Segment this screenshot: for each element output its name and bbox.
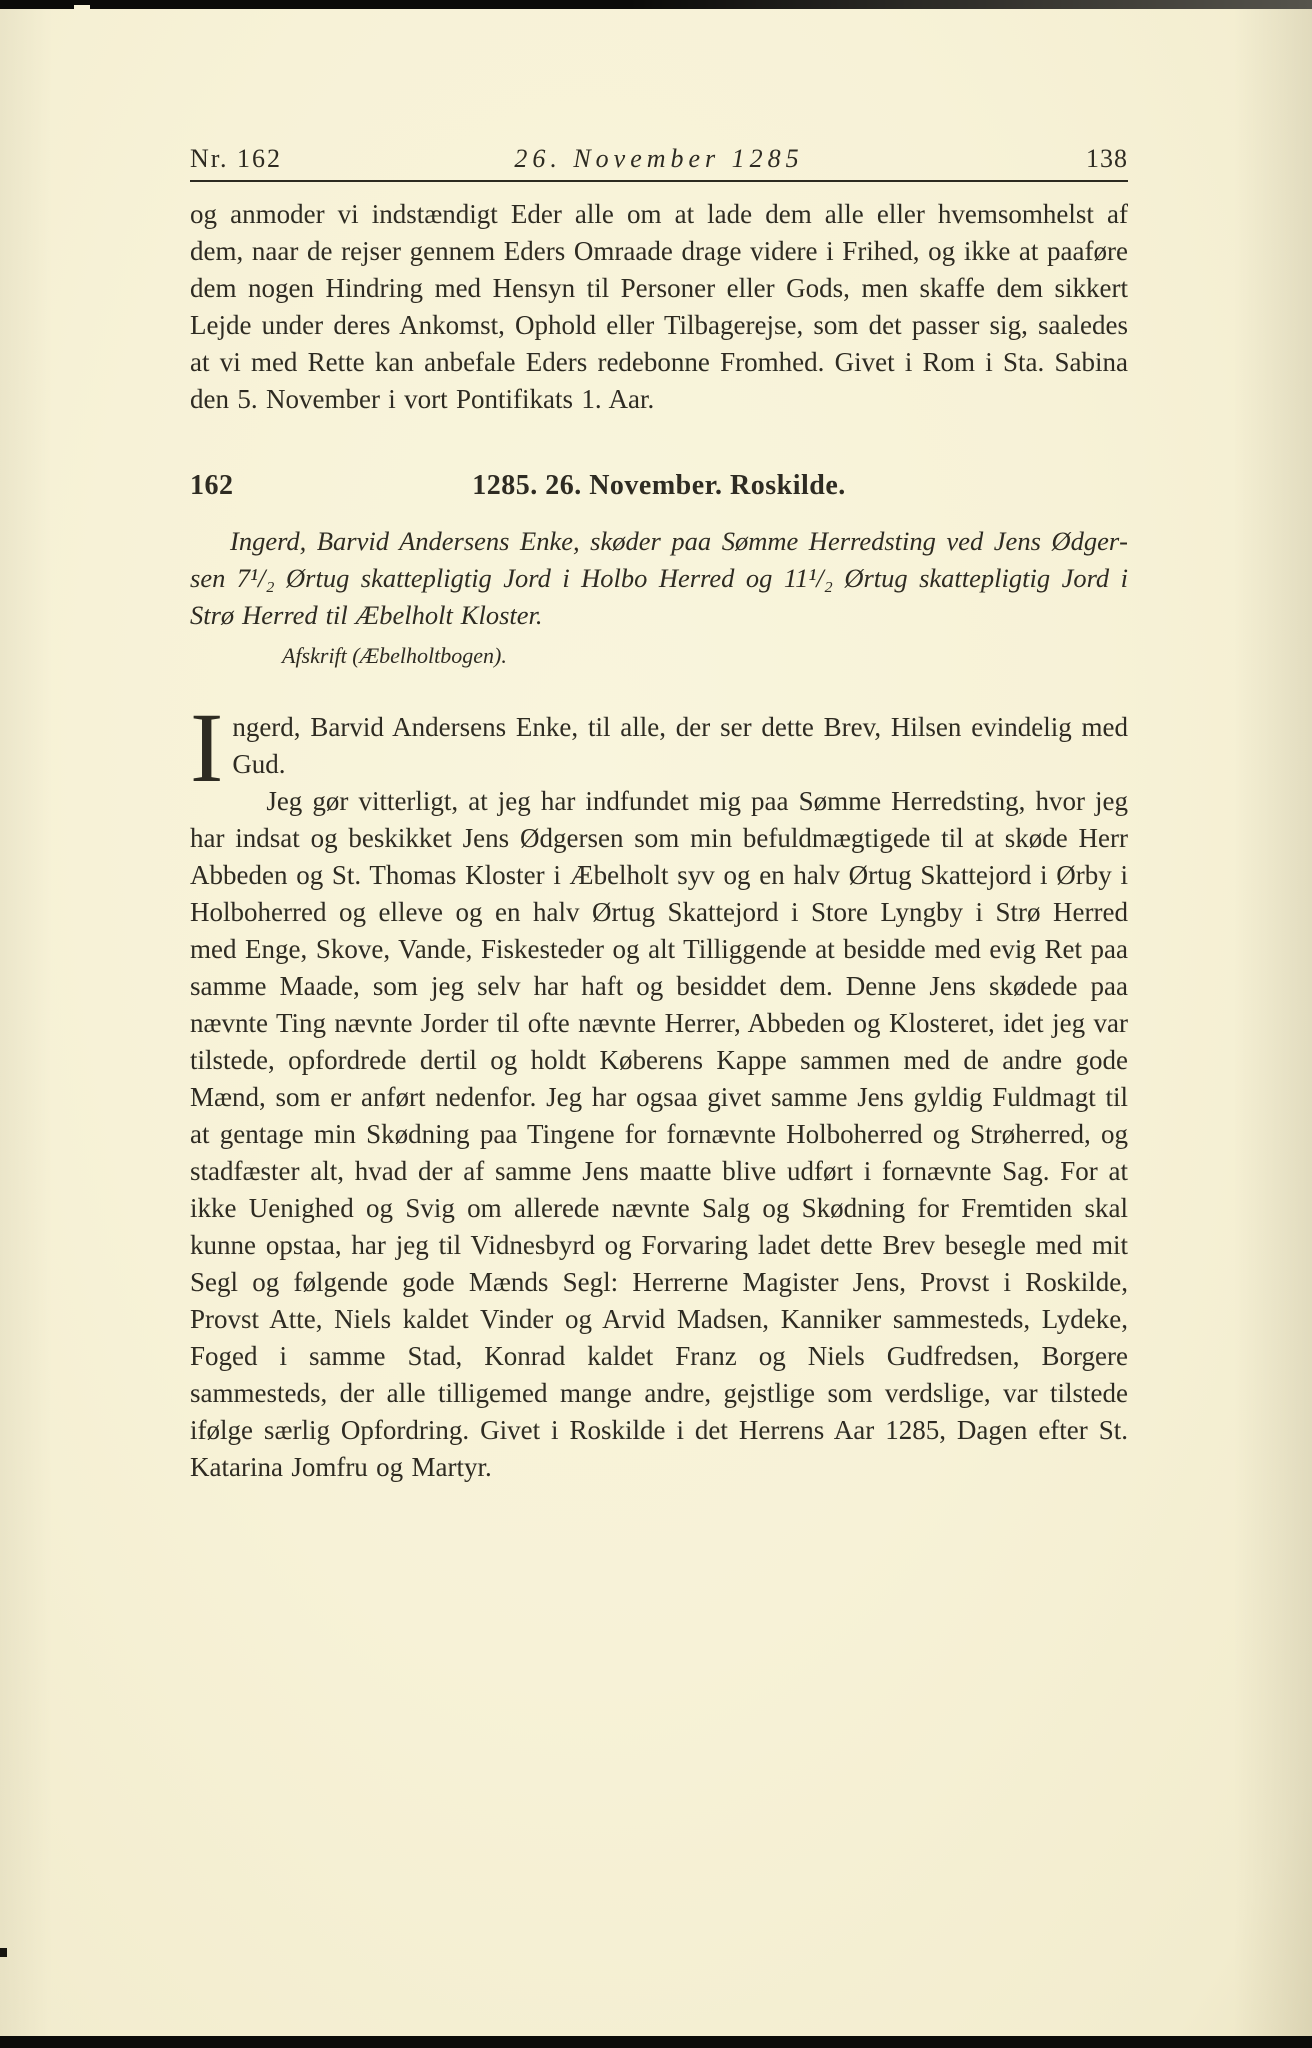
header-rule <box>190 180 1128 182</box>
scanned-book-page: Nr. 162 26. November 1285 138 og anmoder… <box>0 0 1312 2048</box>
scan-artifact-top-notch <box>74 5 90 10</box>
entry-number: 162 <box>190 470 234 502</box>
entry-opening-paragraph: Ingerd, Barvid Andersens Enke, til alle,… <box>190 709 1128 783</box>
scan-artifact-speck <box>0 1948 7 1957</box>
running-header: Nr. 162 26. November 1285 138 <box>190 144 1128 180</box>
opening-text: ngerd, Barvid Andersens Enke, til alle, … <box>232 712 1128 779</box>
entry-source-note: Afskrift (Æbelholtbogen). <box>282 643 1128 669</box>
page-content: Nr. 162 26. November 1285 138 og anmoder… <box>190 144 1128 1486</box>
scan-artifact-bottom-bar <box>0 2036 1312 2048</box>
dropcap-initial: I <box>190 712 223 784</box>
header-page-number: 138 <box>1086 144 1128 174</box>
entry-title: 1285. 26. November. Roskilde. <box>472 470 846 501</box>
entry-main-paragraph: Jeg gør vitterligt, at jeg har indfundet… <box>190 783 1128 1486</box>
header-date: 26. November 1285 <box>190 144 1128 174</box>
scan-artifact-top-bar <box>0 0 1312 9</box>
entry-regest: Ingerd, Barvid Andersens Enke, skøder pa… <box>190 523 1128 634</box>
continuation-paragraph: og anmoder vi indstændigt Eder alle om a… <box>190 196 1128 418</box>
entry-heading: 162 1285. 26. November. Roskilde. <box>190 470 1128 502</box>
